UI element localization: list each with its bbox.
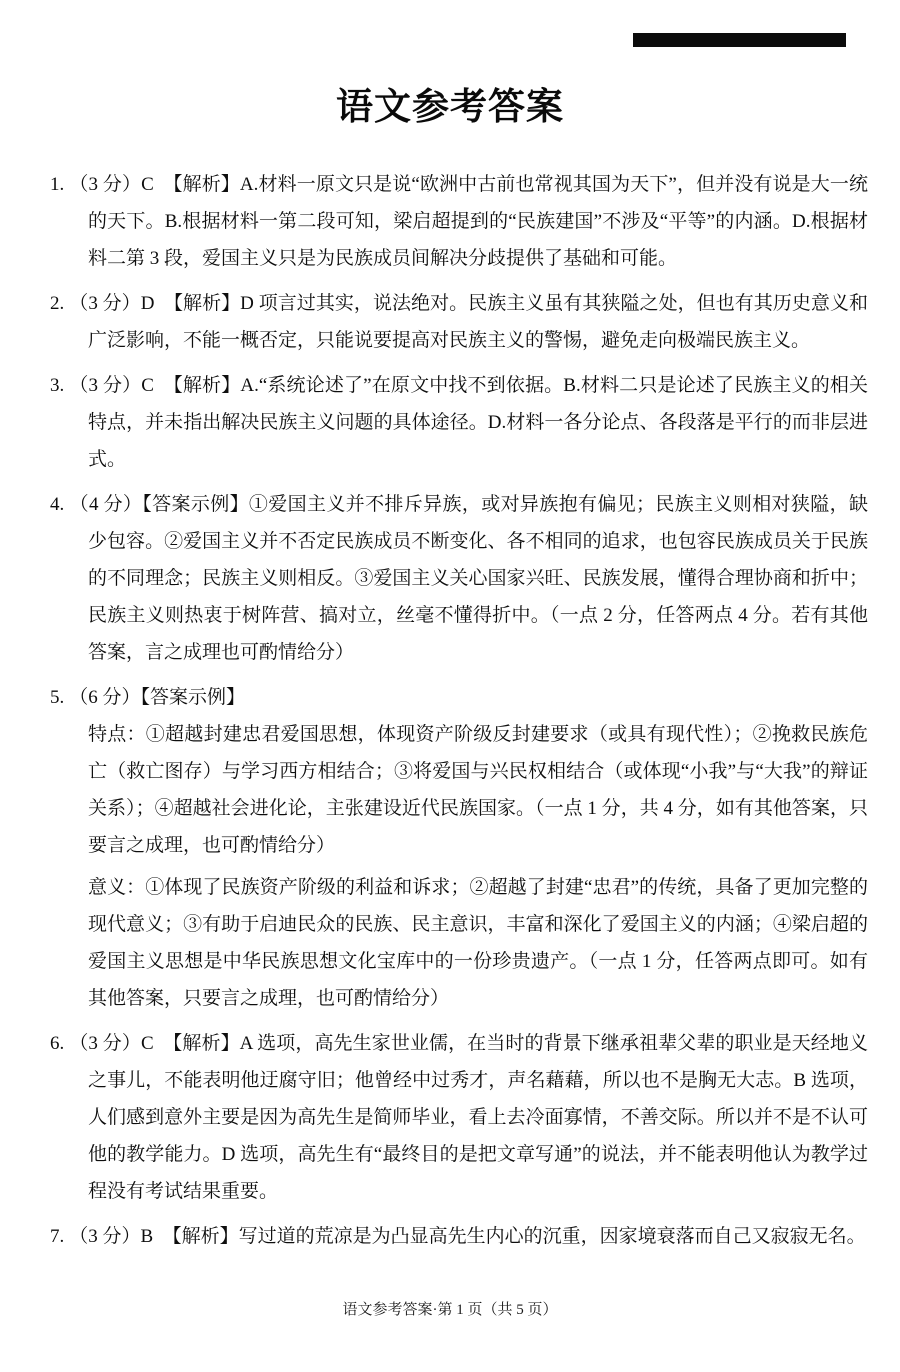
answer-item-2: 2.（3 分）D 【解析】D 项言过其实，说法绝对。民族主义虽有其狭隘之处，但也… <box>50 285 868 359</box>
answer-body: （3 分）D 【解析】D 项言过其实，说法绝对。民族主义虽有其狭隘之处，但也有其… <box>69 293 868 351</box>
answer-item-5-heading: 5.（6 分）【答案示例】 <box>50 679 868 716</box>
answer-number: 5. <box>50 687 64 708</box>
answer-item-7: 7.（3 分）B 【解析】写过道的荒凉是为凸显高先生内心的沉重，因家境衰落而自己… <box>50 1218 868 1255</box>
answer-item-5: 5.（6 分）【答案示例】 特点：①超越封建忠君爱国思想，体现资产阶级反封建要求… <box>0 679 900 1017</box>
answer-body: （3 分）C 【解析】A.材料一原文只是说“欧洲中古前也常视其国为天下”，但并没… <box>69 174 868 269</box>
answer-number: 2. <box>50 293 64 314</box>
answers-list: 1.（3 分）C 【解析】A.材料一原文只是说“欧洲中古前也常视其国为天下”，但… <box>0 166 900 1263</box>
answer-body: （6 分）【答案示例】 <box>69 687 245 708</box>
answer-number: 6. <box>50 1033 64 1054</box>
answer-number: 1. <box>50 174 64 195</box>
redaction-bar <box>633 33 846 47</box>
page-footer: 语文参考答案·第 1 页（共 5 页） <box>0 1298 900 1319</box>
answer-number: 3. <box>50 375 64 396</box>
answer-item-6: 6.（3 分）C 【解析】A 选项，高先生家世业儒，在当时的背景下继承祖辈父辈的… <box>50 1025 868 1210</box>
document-page: 语文参考答案 1.（3 分）C 【解析】A.材料一原文只是说“欧洲中古前也常视其… <box>0 0 900 1372</box>
answer-item-3: 3.（3 分）C 【解析】A.“系统论述了”在原文中找不到依据。B.材料二只是论… <box>50 367 868 478</box>
page-title: 语文参考答案 <box>0 76 900 130</box>
answer-body: （3 分）C 【解析】A 选项，高先生家世业儒，在当时的背景下继承祖辈父辈的职业… <box>69 1033 868 1202</box>
answer-body: （4 分）【答案示例】①爱国主义并不排斥异族，或对异族抱有偏见；民族主义则相对狭… <box>69 494 868 663</box>
answer-item-4: 4.（4 分）【答案示例】①爱国主义并不排斥异族，或对异族抱有偏见；民族主义则相… <box>50 486 868 671</box>
answer-subparagraph-features: 特点：①超越封建忠君爱国思想，体现资产阶级反封建要求（或具有现代性）；②挽救民族… <box>88 716 868 864</box>
answer-body: （3 分）B 【解析】写过道的荒凉是为凸显高先生内心的沉重，因家境衰落而自己又寂… <box>69 1226 865 1247</box>
answer-number: 4. <box>50 494 64 515</box>
answer-subparagraph-significance: 意义：①体现了民族资产阶级的利益和诉求；②超越了封建“忠君”的传统，具备了更加完… <box>88 869 868 1017</box>
answer-item-1: 1.（3 分）C 【解析】A.材料一原文只是说“欧洲中古前也常视其国为天下”，但… <box>50 166 868 277</box>
answer-number: 7. <box>50 1226 64 1247</box>
answer-body: （3 分）C 【解析】A.“系统论述了”在原文中找不到依据。B.材料二只是论述了… <box>69 375 868 470</box>
